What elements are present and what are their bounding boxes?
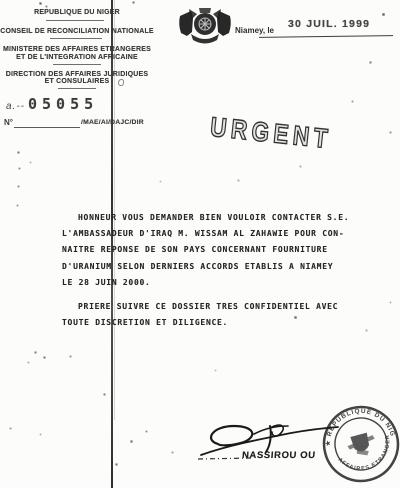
- reference-handwritten-prefix: a.--: [6, 101, 25, 112]
- body-line: TOUTE DISCRETION ET DILIGENCE.: [62, 315, 349, 331]
- body-line: D'URANIUM SELON DERNIERS ACCORDS ETABLIS…: [62, 259, 349, 275]
- letterhead-rule: [58, 88, 96, 89]
- letterhead-republic: REPUBLIQUE DU NIGER: [0, 9, 154, 16]
- letterhead-ministry-line1: MINISTERE DES AFFAIRES ETRANGERES: [0, 46, 154, 53]
- body-line: NAITRE REPONSE DE SON PAYS CONCERNANT FO…: [62, 242, 349, 258]
- body-line: HONNEUR VOUS DEMANDER BIEN VOULOIR CONTA…: [62, 210, 349, 226]
- letterhead-rule: [46, 20, 104, 21]
- body-line: LE 28 JUIN 2000.: [62, 275, 349, 291]
- urgent-stamp: URGENT: [209, 112, 334, 156]
- letterhead-rule: [50, 38, 102, 39]
- reference-stamped-number: 05055: [28, 95, 98, 113]
- scan-noise: [0, 0, 1, 1]
- reference-code: /MAE/AI/DAJC/DIR: [81, 119, 144, 126]
- date-line-rule: [259, 35, 393, 38]
- letterhead-council: CONSEIL DE RECONCILIATION NATIONALE: [0, 28, 154, 35]
- letterhead-ministry-line2: ET DE L'INTEGRATION AFRICAINE: [0, 53, 154, 60]
- signature-scrawl: [196, 400, 346, 472]
- letter-body: HONNEUR VOUS DEMANDER BIEN VOULOIR CONTA…: [62, 210, 349, 331]
- scanned-letter-page: REPUBLIQUE DU NIGER CONSEIL DE RECONCILI…: [0, 0, 400, 488]
- letterhead-direction-line2: ET CONSULAIRES: [0, 78, 154, 85]
- letterhead-rule: [53, 64, 101, 65]
- niger-coat-of-arms-icon: [177, 6, 233, 48]
- pen-mark: [118, 79, 124, 86]
- letterhead-direction-line1: DIRECTION DES AFFAIRES JURIDIQUES: [0, 70, 154, 77]
- reference-number-label: N°: [4, 118, 13, 127]
- body-line: PRIERE SUIVRE CE DOSSIER TRES CONFIDENTI…: [62, 299, 349, 315]
- signature-dotted-line: [198, 458, 254, 459]
- date-stamp: 30 JUIL. 1999: [288, 18, 370, 30]
- reference-number-rule: [14, 127, 80, 128]
- body-line: L'AMBASSADEUR D'IRAQ M. WISSAM AL ZAHAWI…: [62, 226, 349, 242]
- place-date-label: Niamey, le: [235, 26, 274, 35]
